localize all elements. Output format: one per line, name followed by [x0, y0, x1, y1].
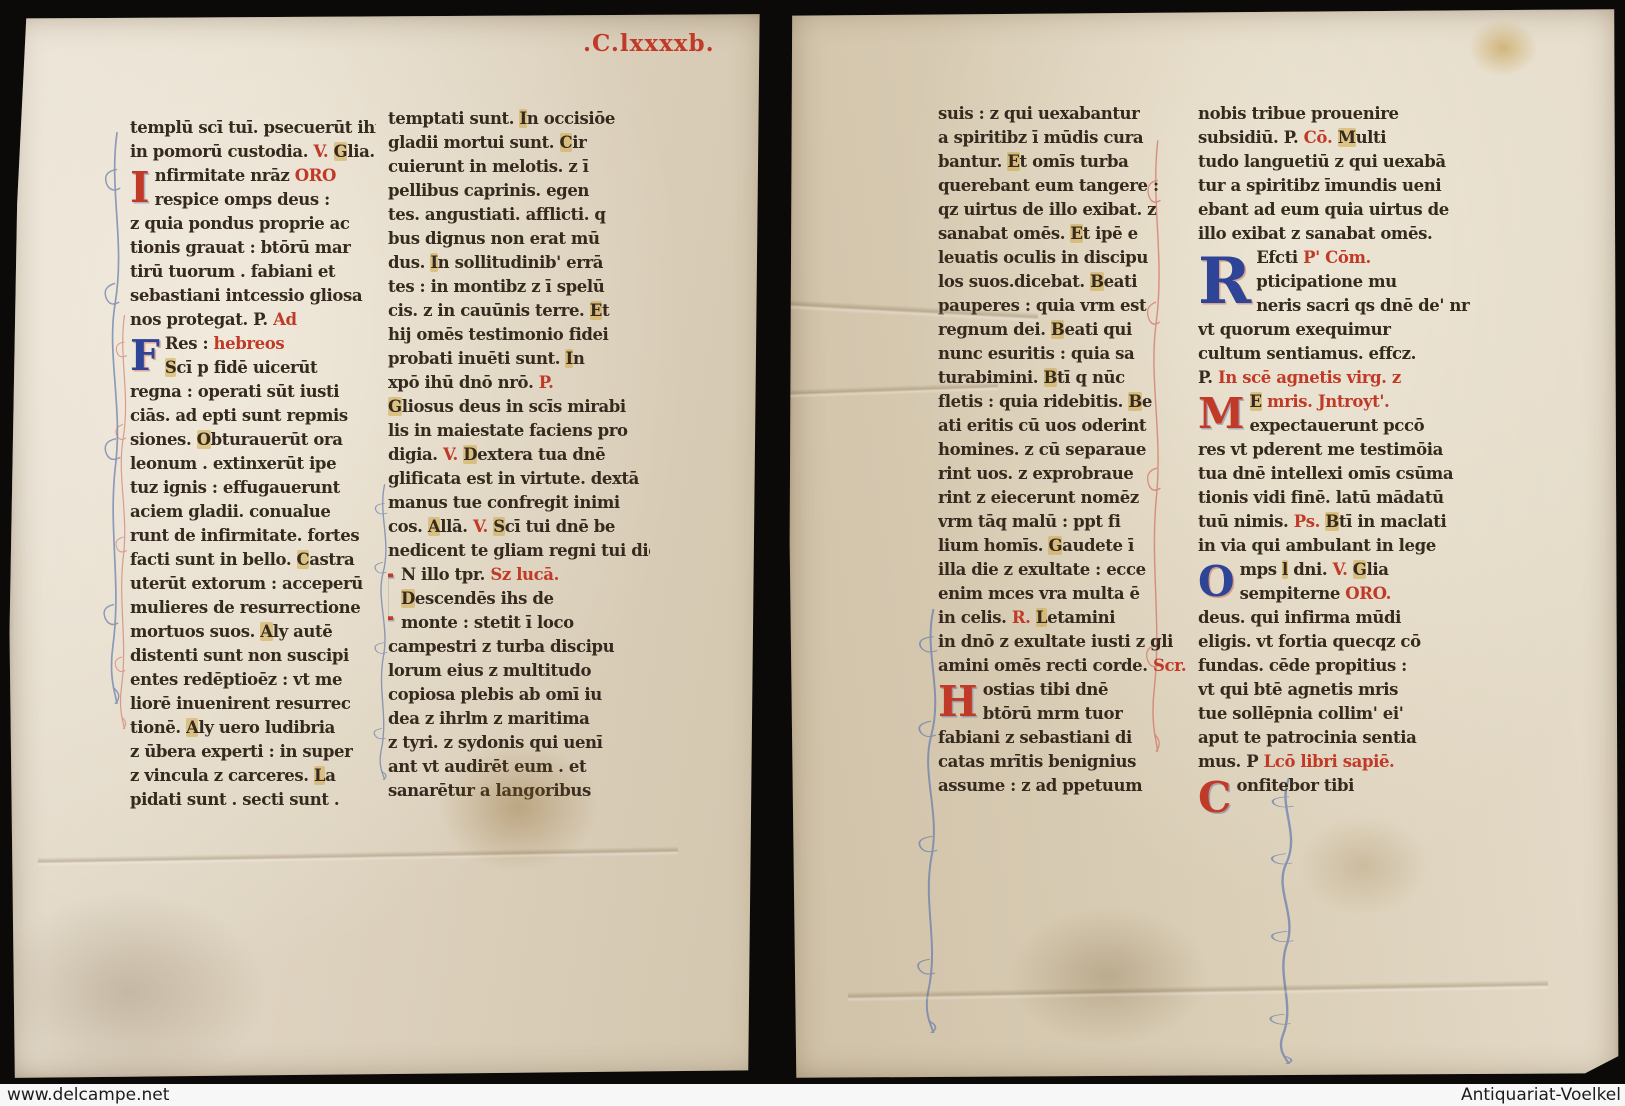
parchment-stain: [8, 892, 268, 1080]
manuscript-line: facti sunt in bello. Castra: [130, 548, 376, 572]
manuscript-line: aput te patrocinia sentia: [1198, 726, 1474, 750]
text-column: temptati sunt. In occisiōegladii mortui …: [388, 107, 650, 823]
manuscript-line: respice omps deus :: [130, 188, 376, 212]
illuminated-initial: M: [1198, 391, 1250, 437]
manuscript-line: regna : operati sūt iusti: [130, 380, 376, 404]
manuscript-line: xpō ihū dnō nrō. P.: [388, 371, 650, 395]
text-block: REfcti P' Cōm.pticipatione muneris sacri…: [1198, 246, 1474, 390]
manuscript-line: cultum sentiamus. effcz.: [1198, 342, 1474, 366]
parchment-stain: [1008, 906, 1208, 1046]
manuscript-line: pauperes : quia vrm est: [938, 294, 1194, 318]
manuscript-line: z quia pondus proprie ac: [130, 212, 376, 236]
manuscript-line: in dnō z exultate iusti z gli: [938, 630, 1194, 654]
manuscript-line: bantur. Et omīs turba: [938, 150, 1194, 174]
manuscript-line: turabimini. Btī q nūc: [938, 366, 1194, 390]
manuscript-line: ciās. ad epti sunt repmis: [130, 404, 376, 428]
illuminated-initial: R: [1198, 247, 1256, 317]
manuscript-line: catas mrītis benignius: [938, 750, 1194, 774]
manuscript-line: bus dignus non erat mū: [388, 227, 650, 251]
illuminated-initial: H: [938, 679, 983, 725]
manuscript-line: nunc esuritis : quia sa: [938, 342, 1194, 366]
manuscript-line: dea z ihrlm z maritima: [388, 707, 650, 731]
manuscript-line: enim mces vra multa ē: [938, 582, 1194, 606]
illuminated-initial: F: [130, 333, 165, 379]
manuscript-line: siones. Obturauerūt ora: [130, 428, 376, 452]
watermark-right: Antiquariat-Voelkel: [1461, 1084, 1621, 1106]
manuscript-line: mus. P Lcō libri sapiē.: [1198, 750, 1474, 774]
manuscript-line: sanabat omēs. Et ipē e: [938, 222, 1194, 246]
manuscript-line: copiosa plebis ab omī iu: [388, 683, 650, 707]
manuscript-line: onfitebor tibi: [1198, 774, 1474, 798]
manuscript-line: tes. angustiati. afflicti. q: [388, 203, 650, 227]
manuscript-line: qz uirtus de illo exibat. z: [938, 198, 1194, 222]
manuscript-line: fletis : quia ridebitis. Be: [938, 390, 1194, 414]
manuscript-line: pidati sunt . secti sunt .: [130, 788, 376, 812]
text-column: nobis tribue proueniresubsidiū. P. Cō. M…: [1198, 102, 1474, 818]
manuscript-line: tuū nimis. Ps. Btī in maclati: [1198, 510, 1474, 534]
manuscript-line: nobis tribue prouenire: [1198, 102, 1474, 126]
manuscript-line: mulieres de resurrectione: [130, 596, 376, 620]
manuscript-line: entes redēptioēz : vt me: [130, 668, 376, 692]
manuscript-line: Gliosus deus in scīs mirabi: [388, 395, 650, 419]
illuminated-initial: C: [1198, 775, 1236, 818]
manuscript-line: glificata est in virtute. dextā: [388, 467, 650, 491]
manuscript-line: in pomorū custodia. V. Glia.: [130, 140, 376, 164]
manuscript-line: hij omēs testimonio fidei: [388, 323, 650, 347]
manuscript-line: querebant eum tangere :: [938, 174, 1194, 198]
manuscript-line: dus. In sollitudinib' errā: [388, 251, 650, 275]
manuscript-line: nedicent te gliam regni tui dicūt.: [388, 539, 650, 563]
manuscript-line: tionis grauat : btōrū mar: [130, 236, 376, 260]
manuscript-line: mortuos suos. Aly autē: [130, 620, 376, 644]
text-block: nobis tribue proueniresubsidiū. P. Cō. M…: [1198, 102, 1474, 246]
manuscript-line: res vt pderent me testimōia: [1198, 438, 1474, 462]
manuscript-line: illa die z exultate : ecce: [938, 558, 1194, 582]
manuscript-line: Res : hebreos: [130, 332, 376, 356]
manuscript-line: z tyri. z sydonis qui uenī: [388, 731, 650, 755]
text-block: Confitebor tibi: [1198, 774, 1474, 798]
manuscript-line: leonum . extinxerūt ipe: [130, 452, 376, 476]
manuscript-line: suis : z qui uexabantur: [938, 102, 1194, 126]
manuscript-line: N illo tpr. Sz lucā.: [388, 563, 650, 587]
text-column: suis : z qui uexabantura spiritibz ī mūd…: [938, 102, 1194, 818]
manuscript-line: P. In scē agnetis virg. z: [1198, 366, 1474, 390]
text-block: Hostias tibi dnēbtōrū mrm tuorfabiani z …: [938, 678, 1194, 798]
watermark-left: www.delcampe.net: [7, 1084, 169, 1106]
manuscript-line: illo exibat z sanabat omēs.: [1198, 222, 1474, 246]
manuscript-line: digia. V. Dextera tua dnē: [388, 443, 650, 467]
parchment-stain: [1468, 20, 1538, 76]
manuscript-line: gladii mortui sunt. Cir: [388, 131, 650, 155]
manuscript-line: ati eritis cū uos oderint: [938, 414, 1194, 438]
manuscript-line: fabiani z sebastiani di: [938, 726, 1194, 750]
manuscript-line: lis in maiestate faciens pro: [388, 419, 650, 443]
manuscript-line: in via qui ambulant in lege: [1198, 534, 1474, 558]
text-column: templū scī tuī. psecuerūt ihrlzin pomorū…: [130, 116, 376, 828]
manuscript-line: lium homīs. Gaudete ī: [938, 534, 1194, 558]
manuscript-line: runt de infirmitate. fortes: [130, 524, 376, 548]
text-block: Infirmitate nrāz OROrespice omps deus :z…: [130, 164, 376, 332]
parchment-stain: [1298, 816, 1428, 916]
manuscript-line: leuatis oculis in discipu: [938, 246, 1194, 270]
manuscript-line: amini omēs recti corde. Scr.: [938, 654, 1194, 678]
illuminated-initial: I: [388, 564, 401, 634]
manuscript-line: tes : in montibz z ī spelū: [388, 275, 650, 299]
manuscript-line: Scī p fidē uicerūt: [130, 356, 376, 380]
manuscript-line: pellibus caprinis. egen: [388, 179, 650, 203]
text-block: temptati sunt. In occisiōegladii mortui …: [388, 107, 650, 563]
manuscript-line: tur a spiritibz īmundis ueni: [1198, 174, 1474, 198]
manuscript-line: probati inuēti sunt. In: [388, 347, 650, 371]
manuscript-line: temptati sunt. In occisiōe: [388, 107, 650, 131]
manuscript-line: cis. z in cauūnis terre. Et: [388, 299, 650, 323]
manuscript-line: campestri z turba discipu: [388, 635, 650, 659]
manuscript-line: vt quorum exequimur: [1198, 318, 1474, 342]
manuscript-line: a spiritibz ī mūdis cura: [938, 126, 1194, 150]
manuscript-line: sanarētur a langoribus: [388, 779, 650, 803]
manuscript-line: z ūbera experti : in super: [130, 740, 376, 764]
manuscript-line: cuierunt in melotis. z ī: [388, 155, 650, 179]
folio-number: .C.lxxxxb.: [583, 30, 715, 57]
manuscript-line: los suos.dicebat. Beati: [938, 270, 1194, 294]
penwork-flourish-icon: [1256, 776, 1316, 1066]
manuscript-line: nfirmitate nrāz ORO: [130, 164, 376, 188]
manuscript-line: rint z eiecerunt nomēz: [938, 486, 1194, 510]
manuscript-line: tionē. Aly uero ludibria: [130, 716, 376, 740]
manuscript-line: assume : z ad ppetuum: [938, 774, 1194, 798]
manuscript-leaf-left: .C.lxxxxb. templū scī tuī. psecuerūt ihr…: [8, 12, 768, 1080]
manuscript-line: liorē inuenirent resurrec: [130, 692, 376, 716]
manuscript-line: tue sollēpnia collim' ei': [1198, 702, 1474, 726]
illuminated-initial: O: [1198, 559, 1240, 605]
watermark-bar: www.delcampe.net Antiquariat-Voelkel: [0, 1084, 1625, 1106]
manuscript-line: sempiterne ORO.: [1198, 582, 1474, 606]
manuscript-line: mps l dni. V. Glia: [1198, 558, 1474, 582]
manuscript-line: fundas. cēde propitius :: [1198, 654, 1474, 678]
parchment-crease: [38, 846, 678, 866]
manuscript-line: ebant ad eum quia uirtus de: [1198, 198, 1474, 222]
text-block: Omps l dni. V. Gliasempiterne ORO.deus. …: [1198, 558, 1474, 774]
manuscript-line: Descendēs ihs de: [388, 587, 650, 611]
manuscript-line: monte : stetit ī loco: [388, 611, 650, 635]
manuscript-line: rint uos. z exprobraue: [938, 462, 1194, 486]
manuscript-line: aciem gladii. conualue: [130, 500, 376, 524]
manuscript-line: regnum dei. Beati qui: [938, 318, 1194, 342]
text-block: suis : z qui uexabantura spiritibz ī mūd…: [938, 102, 1194, 678]
text-block: FRes : hebreosScī p fidē uicerūtregna : …: [130, 332, 376, 812]
manuscript-line: cos. Allā. V. Scī tui dnē be: [388, 515, 650, 539]
manuscript-line: distenti sunt non suscipi: [130, 644, 376, 668]
text-block: IN illo tpr. Sz lucā.Descendēs ihs demon…: [388, 563, 650, 803]
manuscript-line: sebastiani intcessio gliosa: [130, 284, 376, 308]
text-block: templū scī tuī. psecuerūt ihrlzin pomorū…: [130, 116, 376, 164]
text-block: ME mris. Jntroyt'.expectauerunt pccōres …: [1198, 390, 1474, 558]
manuscript-line: lorum eius z multitudo: [388, 659, 650, 683]
manuscript-line: tudo languetiū z qui uexabā: [1198, 150, 1474, 174]
manuscript-line: vrm tāq malū : ppt fi: [938, 510, 1194, 534]
manuscript-line: uterūt extorum : acceperū: [130, 572, 376, 596]
illuminated-initial: I: [130, 165, 155, 211]
manuscript-line: templū scī tuī. psecuerūt ihrlz: [130, 116, 376, 140]
manuscript-leaf-right: suis : z qui uexabantura spiritibz ī mūd…: [788, 6, 1620, 1082]
manuscript-line: ant vt audirēt eum . et: [388, 755, 650, 779]
manuscript-line: subsidiū. P. Cō. Multi: [1198, 126, 1474, 150]
manuscript-line: deus. qui infirma mūdi: [1198, 606, 1474, 630]
manuscript-line: vt qui btē agnetis mris: [1198, 678, 1474, 702]
manuscript-line: z vincula z carceres. La: [130, 764, 376, 788]
manuscript-line: tua dnē intellexi omīs csūma: [1198, 462, 1474, 486]
manuscript-line: manus tue confregit inimi: [388, 491, 650, 515]
photo-background: .C.lxxxxb. templū scī tuī. psecuerūt ihr…: [0, 0, 1625, 1106]
manuscript-line: eligis. vt fortia quecqz cō: [1198, 630, 1474, 654]
manuscript-line: in celis. R. Letamini: [938, 606, 1194, 630]
manuscript-line: tirū tuorum . fabiani et: [130, 260, 376, 284]
manuscript-line: nos protegat. P. Ad: [130, 308, 376, 332]
manuscript-line: homines. z cū separaue: [938, 438, 1194, 462]
manuscript-line: tionis vidi finē. latū mādatū: [1198, 486, 1474, 510]
manuscript-line: tuz ignis : effugauerunt: [130, 476, 376, 500]
